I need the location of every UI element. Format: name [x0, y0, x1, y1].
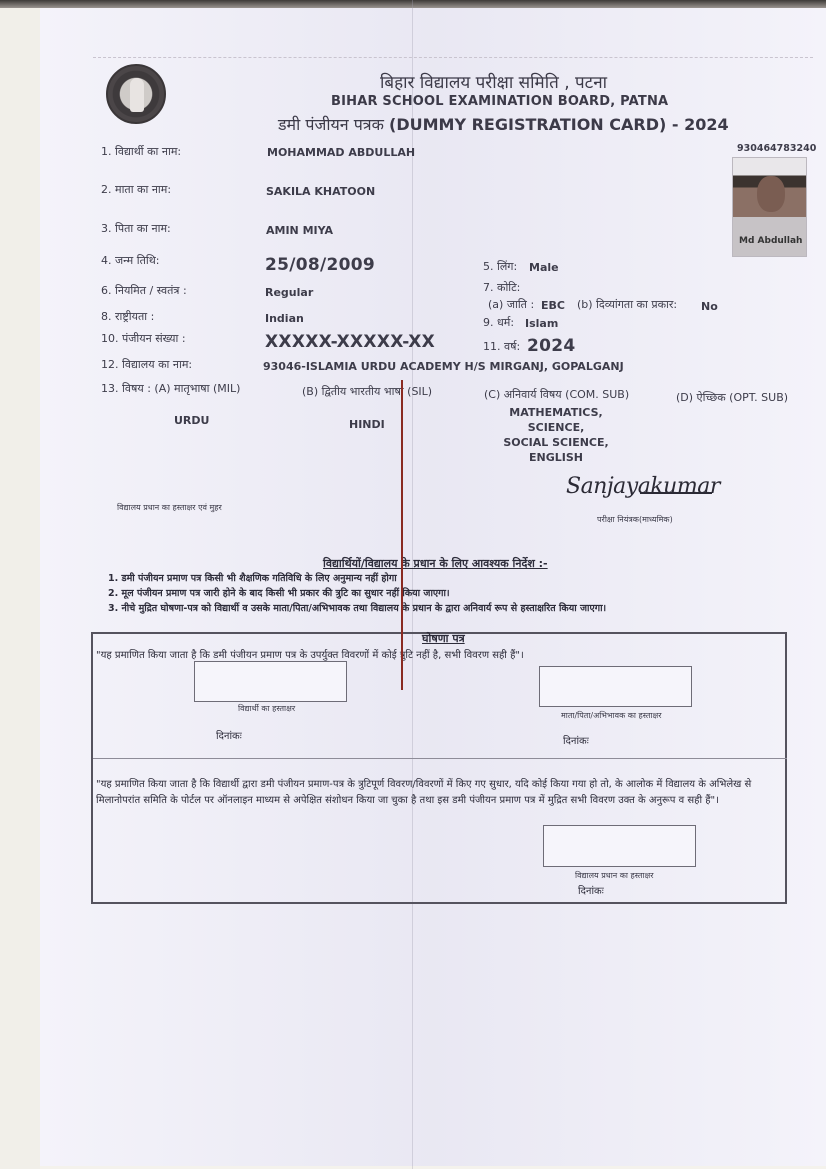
year-value: 2024 — [527, 336, 576, 356]
caste-value: EBC — [541, 299, 565, 312]
scan-background — [0, 0, 40, 1169]
student-signature-box[interactable] — [194, 661, 347, 702]
mil-label: (A) मातृभाषा (MIL) — [154, 382, 240, 395]
card-title-hindi: डमी पंजीयन पत्रक — [278, 115, 384, 134]
parent-signature-label: माता/पिता/अभिभावक का हस्ताक्षर — [561, 710, 662, 721]
parent-signature-box[interactable] — [539, 666, 692, 707]
caste-label: (a) जाति : — [488, 297, 534, 312]
mother-name-label: 2. माता का नाम: — [101, 182, 171, 197]
controller-label: परीक्षा नियंत्रक(माध्यमिक) — [597, 514, 673, 525]
declaration-statement-2: "यह प्रमाणित किया जाता है कि विद्यार्थी … — [96, 777, 786, 809]
bseb-emblem-icon — [106, 64, 166, 124]
father-name-label: 3. पिता का नाम: — [101, 221, 171, 236]
board-name-hindi: बिहार विद्यालय परीक्षा समिति , पटना — [380, 70, 607, 93]
school-name-label: 12. विद्यालय का नाम: — [101, 357, 192, 372]
instruction-item: 3. नीचे मुद्रित घोषणा-पत्र को विद्यार्थी… — [108, 601, 606, 614]
dob-value: 25/08/2009 — [265, 255, 375, 275]
headmaster-date-label: दिनांकः — [578, 883, 604, 897]
declaration-divider — [93, 758, 787, 759]
com-subject: SCIENCE, — [476, 420, 636, 435]
com-label: (C) अनिवार्य विषय (COM. SUB) — [484, 387, 629, 402]
disability-label: (b) दिव्यांगता का प्रकार: — [577, 297, 677, 312]
religion-label: 9. धर्म: — [483, 315, 514, 330]
subjects-heading: 13. विषय : — [101, 382, 151, 395]
scan-edge — [0, 0, 826, 8]
mother-name-value: SAKILA KHATOON — [266, 185, 375, 198]
student-photo: Md Abdullah — [732, 157, 807, 257]
instruction-item: 2. मूल पंजीयन प्रमाण पत्र जारी होने के ब… — [108, 586, 450, 599]
photo-face — [757, 176, 785, 212]
signature-stroke — [640, 492, 712, 494]
nationality-label: 8. राष्ट्रीयता : — [101, 309, 154, 324]
father-name-value: AMIN MIYA — [266, 224, 333, 237]
pen-mark — [401, 380, 403, 690]
category-label: 7. कोटि: — [483, 280, 520, 295]
school-name-value: 93046-ISLAMIA URDU ACADEMY H/S MIRGANJ, … — [263, 360, 624, 373]
year-label: 11. वर्ष: — [483, 339, 520, 354]
opt-label: (D) ऐच्छिक (OPT. SUB) — [676, 390, 788, 405]
card-title-english: (DUMMY REGISTRATION CARD) - 2024 — [389, 115, 729, 134]
registration-label: 10. पंजीयन संख्या : — [101, 331, 186, 346]
regular-private-value: Regular — [265, 286, 313, 299]
registration-value: XXXXX-XXXXX-XX — [265, 332, 435, 352]
controller-signature: Sanjayakumar — [566, 474, 720, 499]
gender-value: Male — [529, 261, 559, 274]
sil-value: HINDI — [349, 418, 385, 431]
headmaster-signature-box[interactable] — [543, 825, 696, 867]
student-name-value: MOHAMMAD ABDULLAH — [267, 146, 415, 159]
declaration-title: घोषणा पत्र — [422, 631, 465, 646]
dob-label: 4. जन्म तिथि: — [101, 253, 159, 268]
com-subject: SOCIAL SCIENCE, ENGLISH — [476, 435, 636, 465]
headmaster-signature-label: विद्यालय प्रधान का हस्ताक्षर — [575, 870, 654, 881]
sil-label: (B) द्वितीय भारतीय भाषा (SIL) — [302, 384, 432, 399]
com-subject: MATHEMATICS, — [476, 405, 636, 420]
parent-date-label: दिनांकः — [563, 733, 589, 747]
subjects-label: 13. विषय : (A) मातृभाषा (MIL) — [101, 381, 240, 396]
mil-value: URDU — [174, 414, 209, 427]
student-signature-label: विद्यार्थी का हस्ताक्षर — [238, 703, 295, 714]
gender-label: 5. लिंग: — [483, 259, 517, 274]
board-name-english: BIHAR SCHOOL EXAMINATION BOARD, PATNA — [331, 94, 668, 109]
photo-caption: Md Abdullah — [739, 236, 802, 246]
religion-value: Islam — [525, 317, 558, 330]
disability-value: No — [701, 300, 718, 313]
id-number: 930464783240 — [737, 143, 816, 154]
student-name-label: 1. विद्यार्थी का नाम: — [101, 144, 181, 159]
instruction-item: 1. डमी पंजीयन प्रमाण पत्र किसी भी शैक्षण… — [108, 571, 397, 584]
card-title: डमी पंजीयन पत्रक (DUMMY REGISTRATION CAR… — [278, 113, 729, 135]
instructions-title: विद्यार्थियों/विद्यालय के प्रधान के लिए … — [323, 556, 548, 571]
com-value: MATHEMATICS, SCIENCE, SOCIAL SCIENCE, EN… — [476, 405, 636, 465]
student-date-label: दिनांकः — [216, 728, 242, 742]
declaration-statement-1: "यह प्रमाणित किया जाता है कि डमी पंजीयन … — [96, 647, 524, 661]
nationality-value: Indian — [265, 312, 304, 325]
regular-private-label: 6. नियमित / स्वतंत्र : — [101, 283, 187, 298]
headmaster-seal-label: विद्यालय प्रधान का हस्ताक्षर एवं मुहर — [117, 502, 222, 513]
